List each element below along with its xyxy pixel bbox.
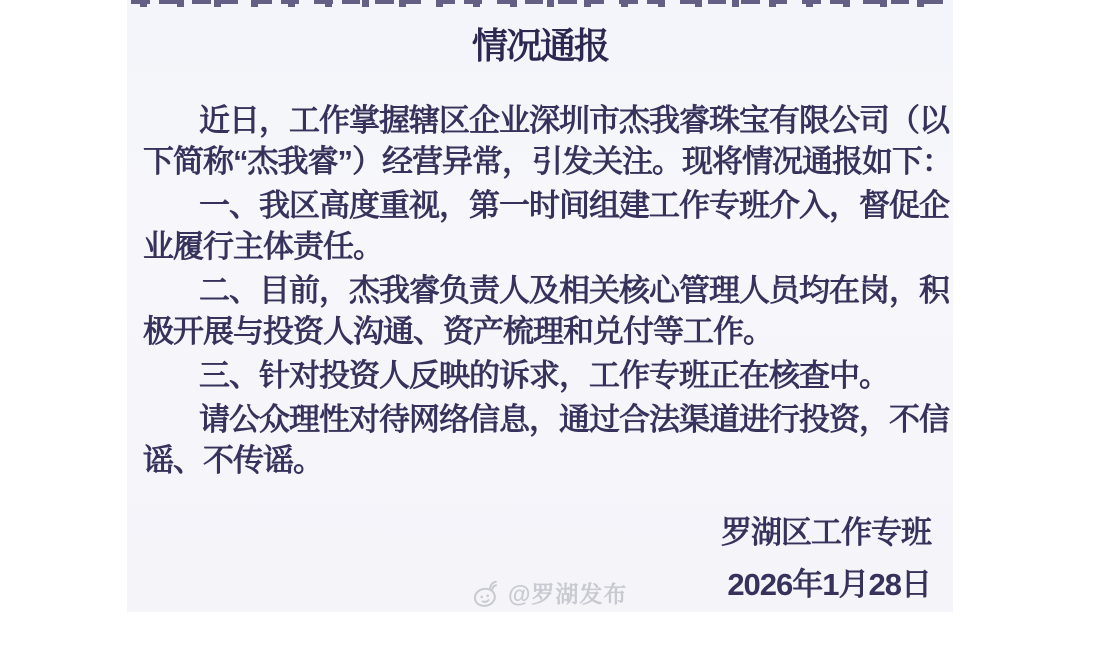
watermark-handle: @罗湖发布 xyxy=(508,576,627,609)
signature-issuer: 罗湖区工作专班 xyxy=(127,507,931,559)
notice-line: 请公众理性对待网络信息，通过合法渠道进行投资，不信 xyxy=(143,399,933,440)
cropped-text-remnant xyxy=(131,0,945,7)
notice-line: 一、我区高度重视，第一时间组建工作专班介入，督促企 xyxy=(143,185,933,226)
page: { "notice": { "title": "情况通报", "body_lin… xyxy=(0,0,1114,660)
notice-paper: 情况通报 近日，工作掌握辖区企业深圳市杰我睿珠宝有限公司（以 下简称“杰我睿”）… xyxy=(127,0,953,612)
notice-line: 近日，工作掌握辖区企业深圳市杰我睿珠宝有限公司（以 xyxy=(143,100,933,141)
weibo-emoji-icon xyxy=(471,577,501,609)
notice-line: 二、目前，杰我睿负责人及相关核心管理人员均在岗，积 xyxy=(143,270,933,311)
notice-body: 近日，工作掌握辖区企业深圳市杰我睿珠宝有限公司（以 下简称“杰我睿”）经营异常，… xyxy=(127,100,953,481)
notice-line: 三、针对投资人反映的诉求，工作专班正在核查中。 xyxy=(143,355,933,396)
notice-line: 业履行主体责任。 xyxy=(143,226,933,267)
notice-title: 情况通报 xyxy=(127,27,953,65)
notice-line: 谣、不传谣。 xyxy=(143,440,933,481)
watermark: @罗湖发布 xyxy=(471,576,627,609)
notice-line: 极开展与投资人沟通、资产梳理和兑付等工作。 xyxy=(143,311,933,352)
notice-line: 下简称“杰我睿”）经营异常，引发关注。现将情况通报如下： xyxy=(143,141,933,182)
